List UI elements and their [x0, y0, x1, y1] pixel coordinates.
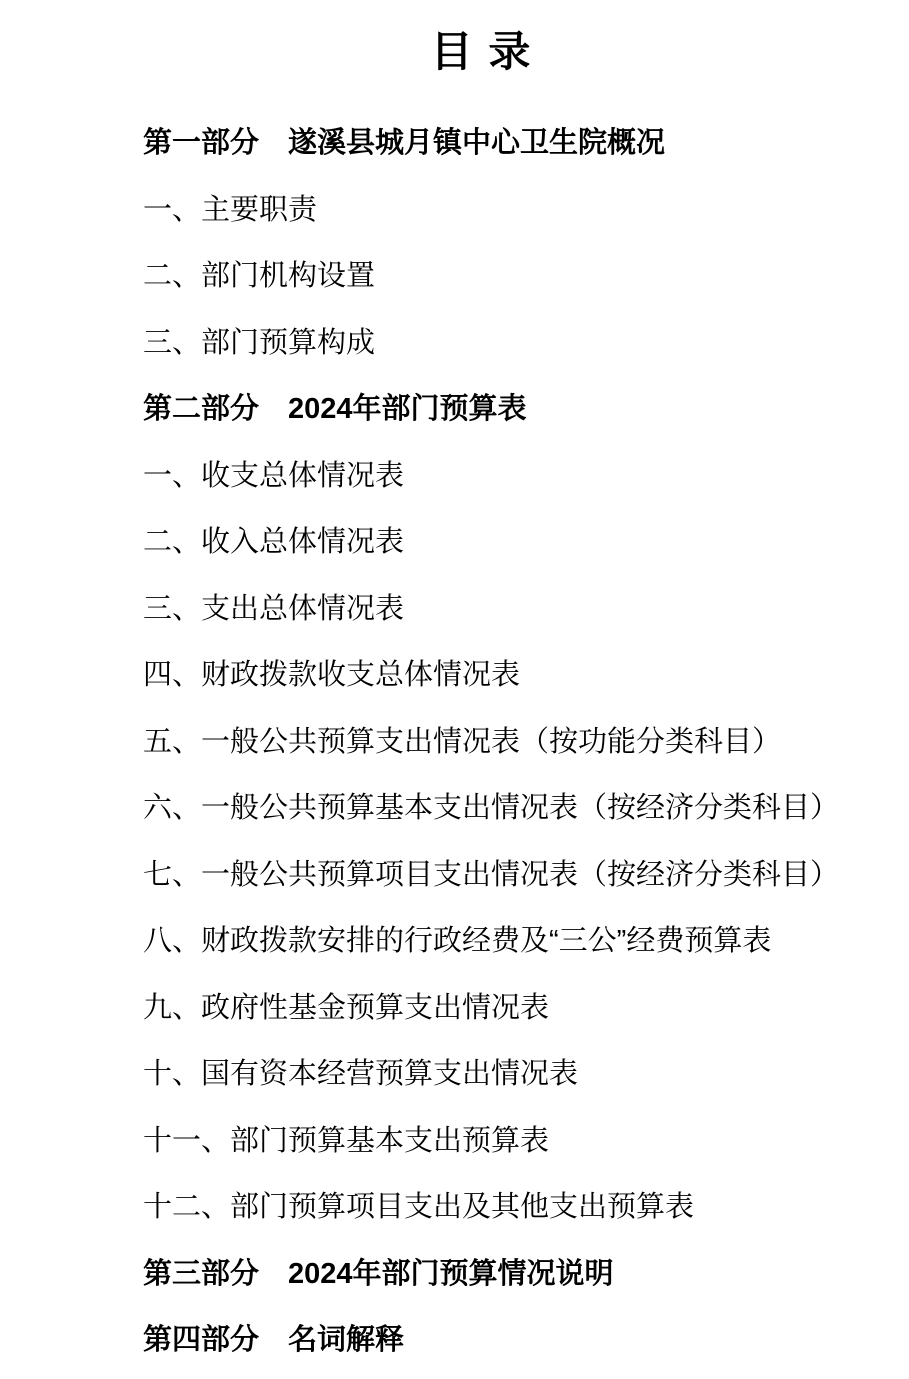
toc-item: 三、部门预算构成: [143, 310, 889, 377]
toc-item: 二、部门机构设置: [143, 243, 889, 310]
page-title: 目 录: [0, 0, 909, 110]
toc-page: 目 录 第一部分 遂溪县城月镇中心卫生院概况 一、主要职责 二、部门机构设置 三…: [0, 0, 909, 1379]
toc-item: 十二、部门预算项目支出及其他支出预算表: [143, 1174, 889, 1241]
toc-item: 十一、部门预算基本支出预算表: [143, 1108, 889, 1175]
toc-part4-heading: 第四部分 名词解释: [143, 1307, 889, 1374]
toc-entries: 第一部分 遂溪县城月镇中心卫生院概况 一、主要职责 二、部门机构设置 三、部门预…: [0, 110, 909, 1374]
toc-item: 七、一般公共预算项目支出情况表（按经济分类科目）: [143, 842, 889, 909]
toc-item: 二、收入总体情况表: [143, 509, 889, 576]
toc-part2-heading: 第二部分 2024年部门预算表: [143, 376, 889, 443]
toc-item: 五、一般公共预算支出情况表（按功能分类科目）: [143, 709, 889, 776]
toc-item: 六、一般公共预算基本支出情况表（按经济分类科目）: [143, 775, 889, 842]
toc-item: 三、支出总体情况表: [143, 576, 889, 643]
toc-part3-heading: 第三部分 2024年部门预算情况说明: [143, 1241, 889, 1308]
toc-item: 一、收支总体情况表: [143, 443, 889, 510]
toc-item: 十、国有资本经营预算支出情况表: [143, 1041, 889, 1108]
toc-item: 一、主要职责: [143, 177, 889, 244]
toc-item: 九、政府性基金预算支出情况表: [143, 975, 889, 1042]
toc-item: 八、财政拨款安排的行政经费及“三公”经费预算表: [143, 908, 889, 975]
toc-part1-heading: 第一部分 遂溪县城月镇中心卫生院概况: [143, 110, 889, 177]
toc-item: 四、财政拨款收支总体情况表: [143, 642, 889, 709]
